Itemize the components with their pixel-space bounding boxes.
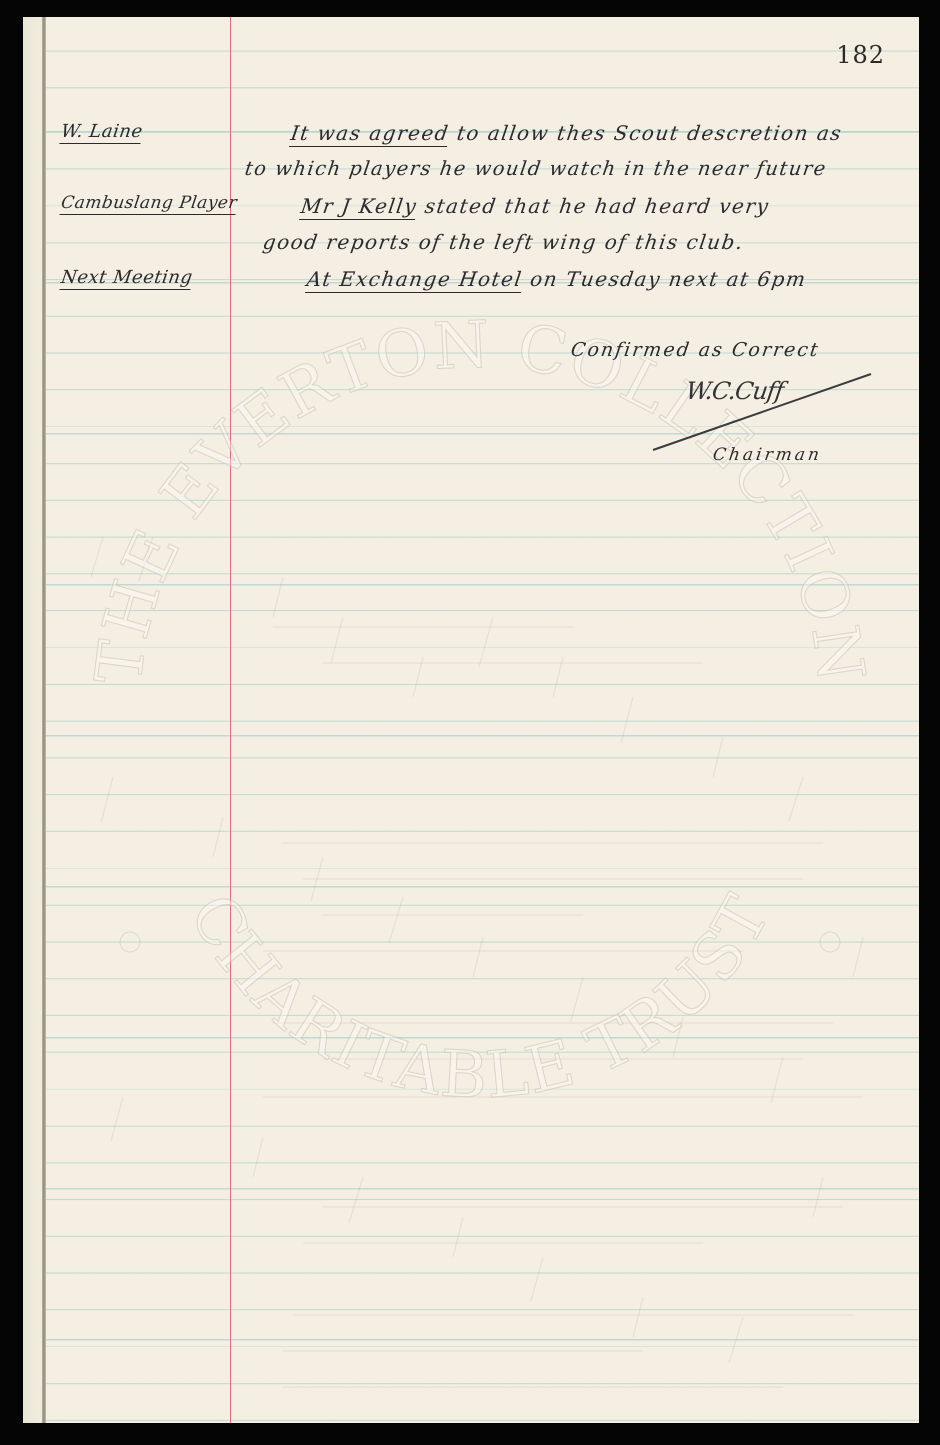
ruled-lines <box>23 17 919 1423</box>
entry-underlined-phrase: Mr J Kelly <box>299 194 419 220</box>
entry-line: to which players he would watch in the n… <box>243 157 828 180</box>
chairman-title: Chairman <box>712 445 824 465</box>
margin-label-cambuslang-player: Cambuslang Player <box>59 193 238 215</box>
entry-text: to allow thes Scout descretion as <box>448 121 844 145</box>
binding-shadow <box>23 17 42 1423</box>
entry-line: Mr J Kelly stated that he had heard very <box>299 194 771 218</box>
confirmation-text: Confirmed as Correct <box>569 339 821 361</box>
margin-rule <box>230 17 231 1423</box>
entry-text: stated that he had heard very <box>415 194 771 218</box>
entry-text: good reports of the left wing of this cl… <box>261 230 745 254</box>
entry-line: It was agreed to allow thes Scout descre… <box>289 121 844 145</box>
entry-line: good reports of the left wing of this cl… <box>261 230 745 254</box>
ledger-page: THE EVERTON COLLECTION CHARITABLE TRUST … <box>23 17 919 1423</box>
page-number: 182 <box>836 41 885 69</box>
entry-line: At Exchange Hotel on Tuesday next at 6pm <box>305 267 808 291</box>
entry-underlined-phrase: At Exchange Hotel <box>305 267 524 293</box>
entry-text: to which players he would watch in the n… <box>243 157 828 180</box>
entry-text: on Tuesday next at 6pm <box>521 267 808 291</box>
margin-label-next-meeting: Next Meeting <box>59 267 194 290</box>
binding-edge <box>42 17 46 1423</box>
entry-underlined-phrase: It was agreed <box>289 121 451 147</box>
margin-label-w-laine: W. Laine <box>59 121 144 144</box>
